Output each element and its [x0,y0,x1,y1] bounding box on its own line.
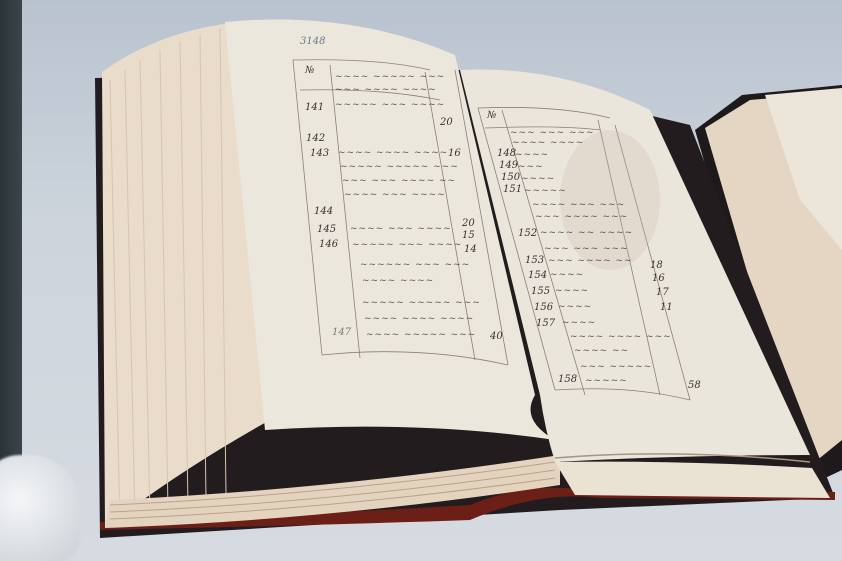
row-number: 153 [525,255,544,266]
handwritten-line: ~~~~ ~~~~~ ~~~ [366,330,476,340]
handwritten-line: ~~~ ~~~~ ~~~ [535,212,628,222]
row-number: 154 [528,270,547,281]
left-column-header: № [305,65,314,76]
handwritten-line: ~~~~ ~~~~ ~~~~ [364,314,474,324]
row-number: 145 [317,224,336,235]
tally: 20 [440,117,453,128]
pencil-page-number: 3148 [300,36,325,47]
handwritten-line: ~~~ ~~~~ ~~ [548,256,633,266]
row-number: 147 [332,327,351,338]
handwritten-line: ~~~ ~~~~ ~~~~ [335,85,437,95]
handwritten-line: ~~~~~ ~~~~~ ~~~ [362,298,481,308]
tally: 16 [448,148,461,159]
handwritten-line: ~~~ ~~~~~ [580,362,652,372]
tally: 14 [464,244,477,255]
row-number: 143 [310,148,329,159]
row-number: 151 [503,184,522,195]
handwritten-line: ~~~~ [562,318,596,328]
tally: 17 [656,287,669,298]
handwritten-line: ~~~ ~~~ ~~~~ ~~ [342,176,456,186]
photo-scene: 3148 № 141 142 143 144 145 146 147 20 16… [0,0,842,561]
handwritten-line: ~~~~ [521,174,555,184]
tally: 11 [660,302,673,313]
row-number: 141 [305,102,324,113]
row-number: 157 [536,318,555,329]
row-number: 144 [314,206,333,217]
tally: 58 [688,380,701,391]
row-number: 152 [518,228,537,239]
handwritten-line: ~~~~~ ~~~~~ ~~~ [340,162,459,172]
handwritten-line: ~~~~ [555,286,589,296]
row-number: 148 [497,148,516,159]
handwritten-line: ~~~~ ~~ [574,346,629,356]
handwritten-line: ~~~~ ~~~ ~~~~ [350,224,452,234]
tally: 18 [650,260,663,271]
row-number: 155 [531,286,550,297]
tally: 15 [462,230,475,241]
handwritten-line: ~~~~~ ~~~ ~~~~ [352,240,462,250]
row-number: 149 [499,160,518,171]
handwritten-line: ~~~ ~~~ ~~~ [544,244,629,254]
row-number: 158 [558,374,577,385]
handwritten-line: ~~~~~~ ~~~ ~~~ [360,260,470,270]
handwritten-line: ~~~~ [515,150,549,160]
tally: 40 [490,331,503,342]
handwritten-line: ~~~~ [550,270,584,280]
row-number: 142 [306,133,325,144]
handwritten-line: ~~~~ [558,302,592,312]
row-number: 150 [501,172,520,183]
handwritten-line: ~~~~ ~~~~~ ~~~ [335,72,445,82]
row-number: 146 [319,239,338,250]
right-column-header: № [487,110,496,121]
handwritten-line: ~~~~ ~~~ ~~~ [532,200,625,210]
tally: 20 [462,218,475,229]
row-number: 156 [534,302,553,313]
handwritten-line: ~~~~~ [585,376,628,386]
handwritten-line: ~~~~ ~~~~ ~~~~ [338,148,448,158]
handwritten-line: ~~~~ ~~~ ~~~~ [344,190,446,200]
handwritten-line: ~~~~ ~~ ~~~~ [540,228,633,238]
handwritten-line: ~~~~~ ~~~ ~~~~ [335,100,445,110]
handwritten-line: ~~~ [518,162,544,172]
handwritten-line: ~~~~ ~~~~ [362,276,434,286]
handwritten-line: ~~~ ~~~ ~~~ [510,128,595,138]
handwritten-line: ~~~~ ~~~~ ~~~ [570,332,672,342]
handwritten-line: ~~~~~ [524,186,567,196]
handwritten-line: ~~~~ ~~~~ [512,138,584,148]
tally: 16 [652,273,665,284]
